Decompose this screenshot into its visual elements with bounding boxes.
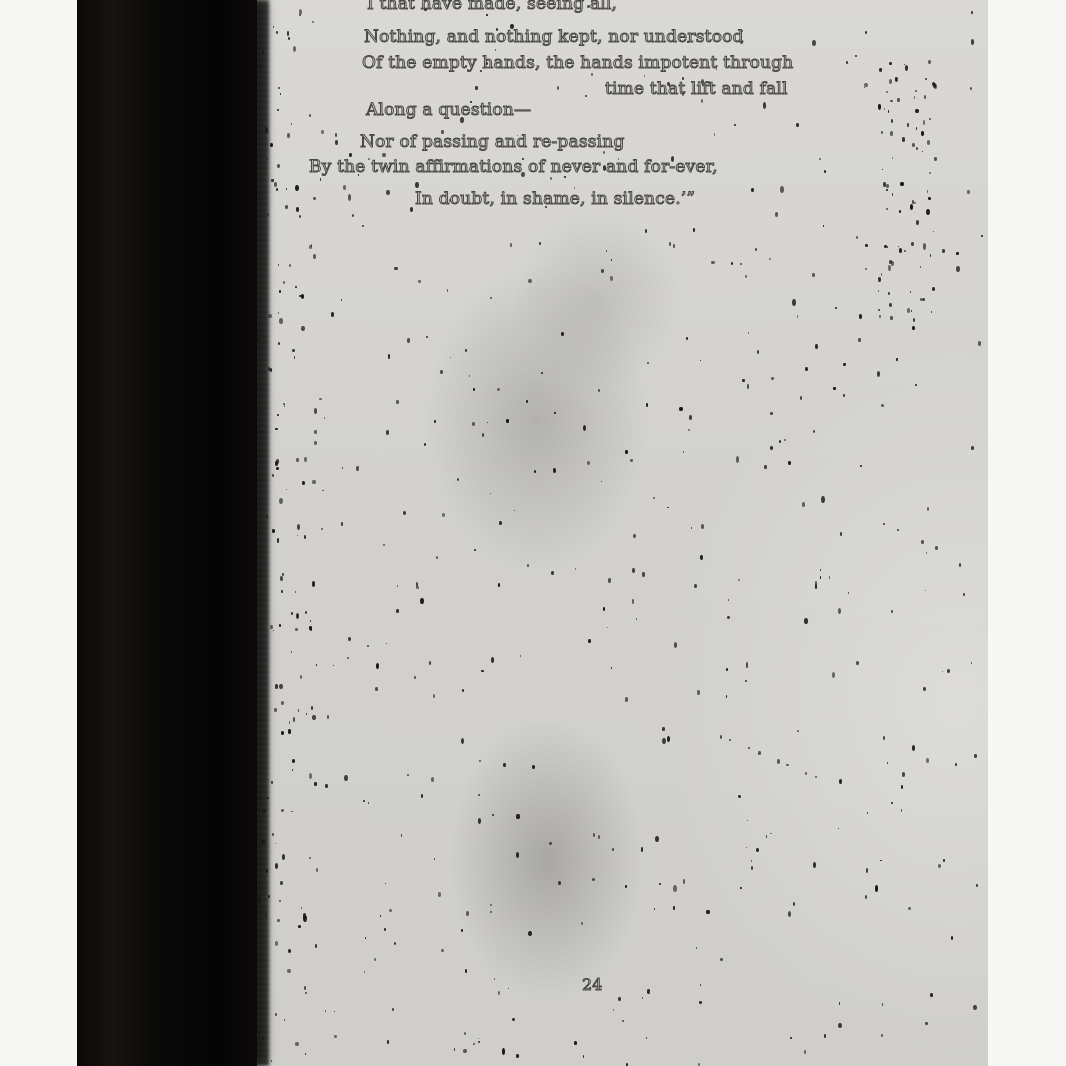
- poem-line-2: Nothing, and nothing kept, nor understoo…: [364, 27, 744, 47]
- page-number: 24: [582, 975, 602, 994]
- poem-line-5: Along a question—: [366, 100, 531, 120]
- poem-line-1: I that have made, seeing all,: [367, 0, 617, 14]
- poem-line-4: time that lift and fall: [605, 79, 788, 99]
- poem-line-7: By the twin affirmations of never and fo…: [309, 157, 718, 177]
- poem-line-3: Of the empty hands, the hands impotent t…: [362, 53, 793, 73]
- poem-text-block: I that have made, seeing all, Nothing, a…: [77, 0, 988, 230]
- artwork-canvas: I that have made, seeing all, Nothing, a…: [0, 0, 1066, 1066]
- printed-page: I that have made, seeing all, Nothing, a…: [77, 0, 988, 1066]
- poem-line-8: In doubt, in shame, in silence.’”: [415, 189, 695, 209]
- poem-line-6: Nor of passing and re-passing: [360, 132, 625, 152]
